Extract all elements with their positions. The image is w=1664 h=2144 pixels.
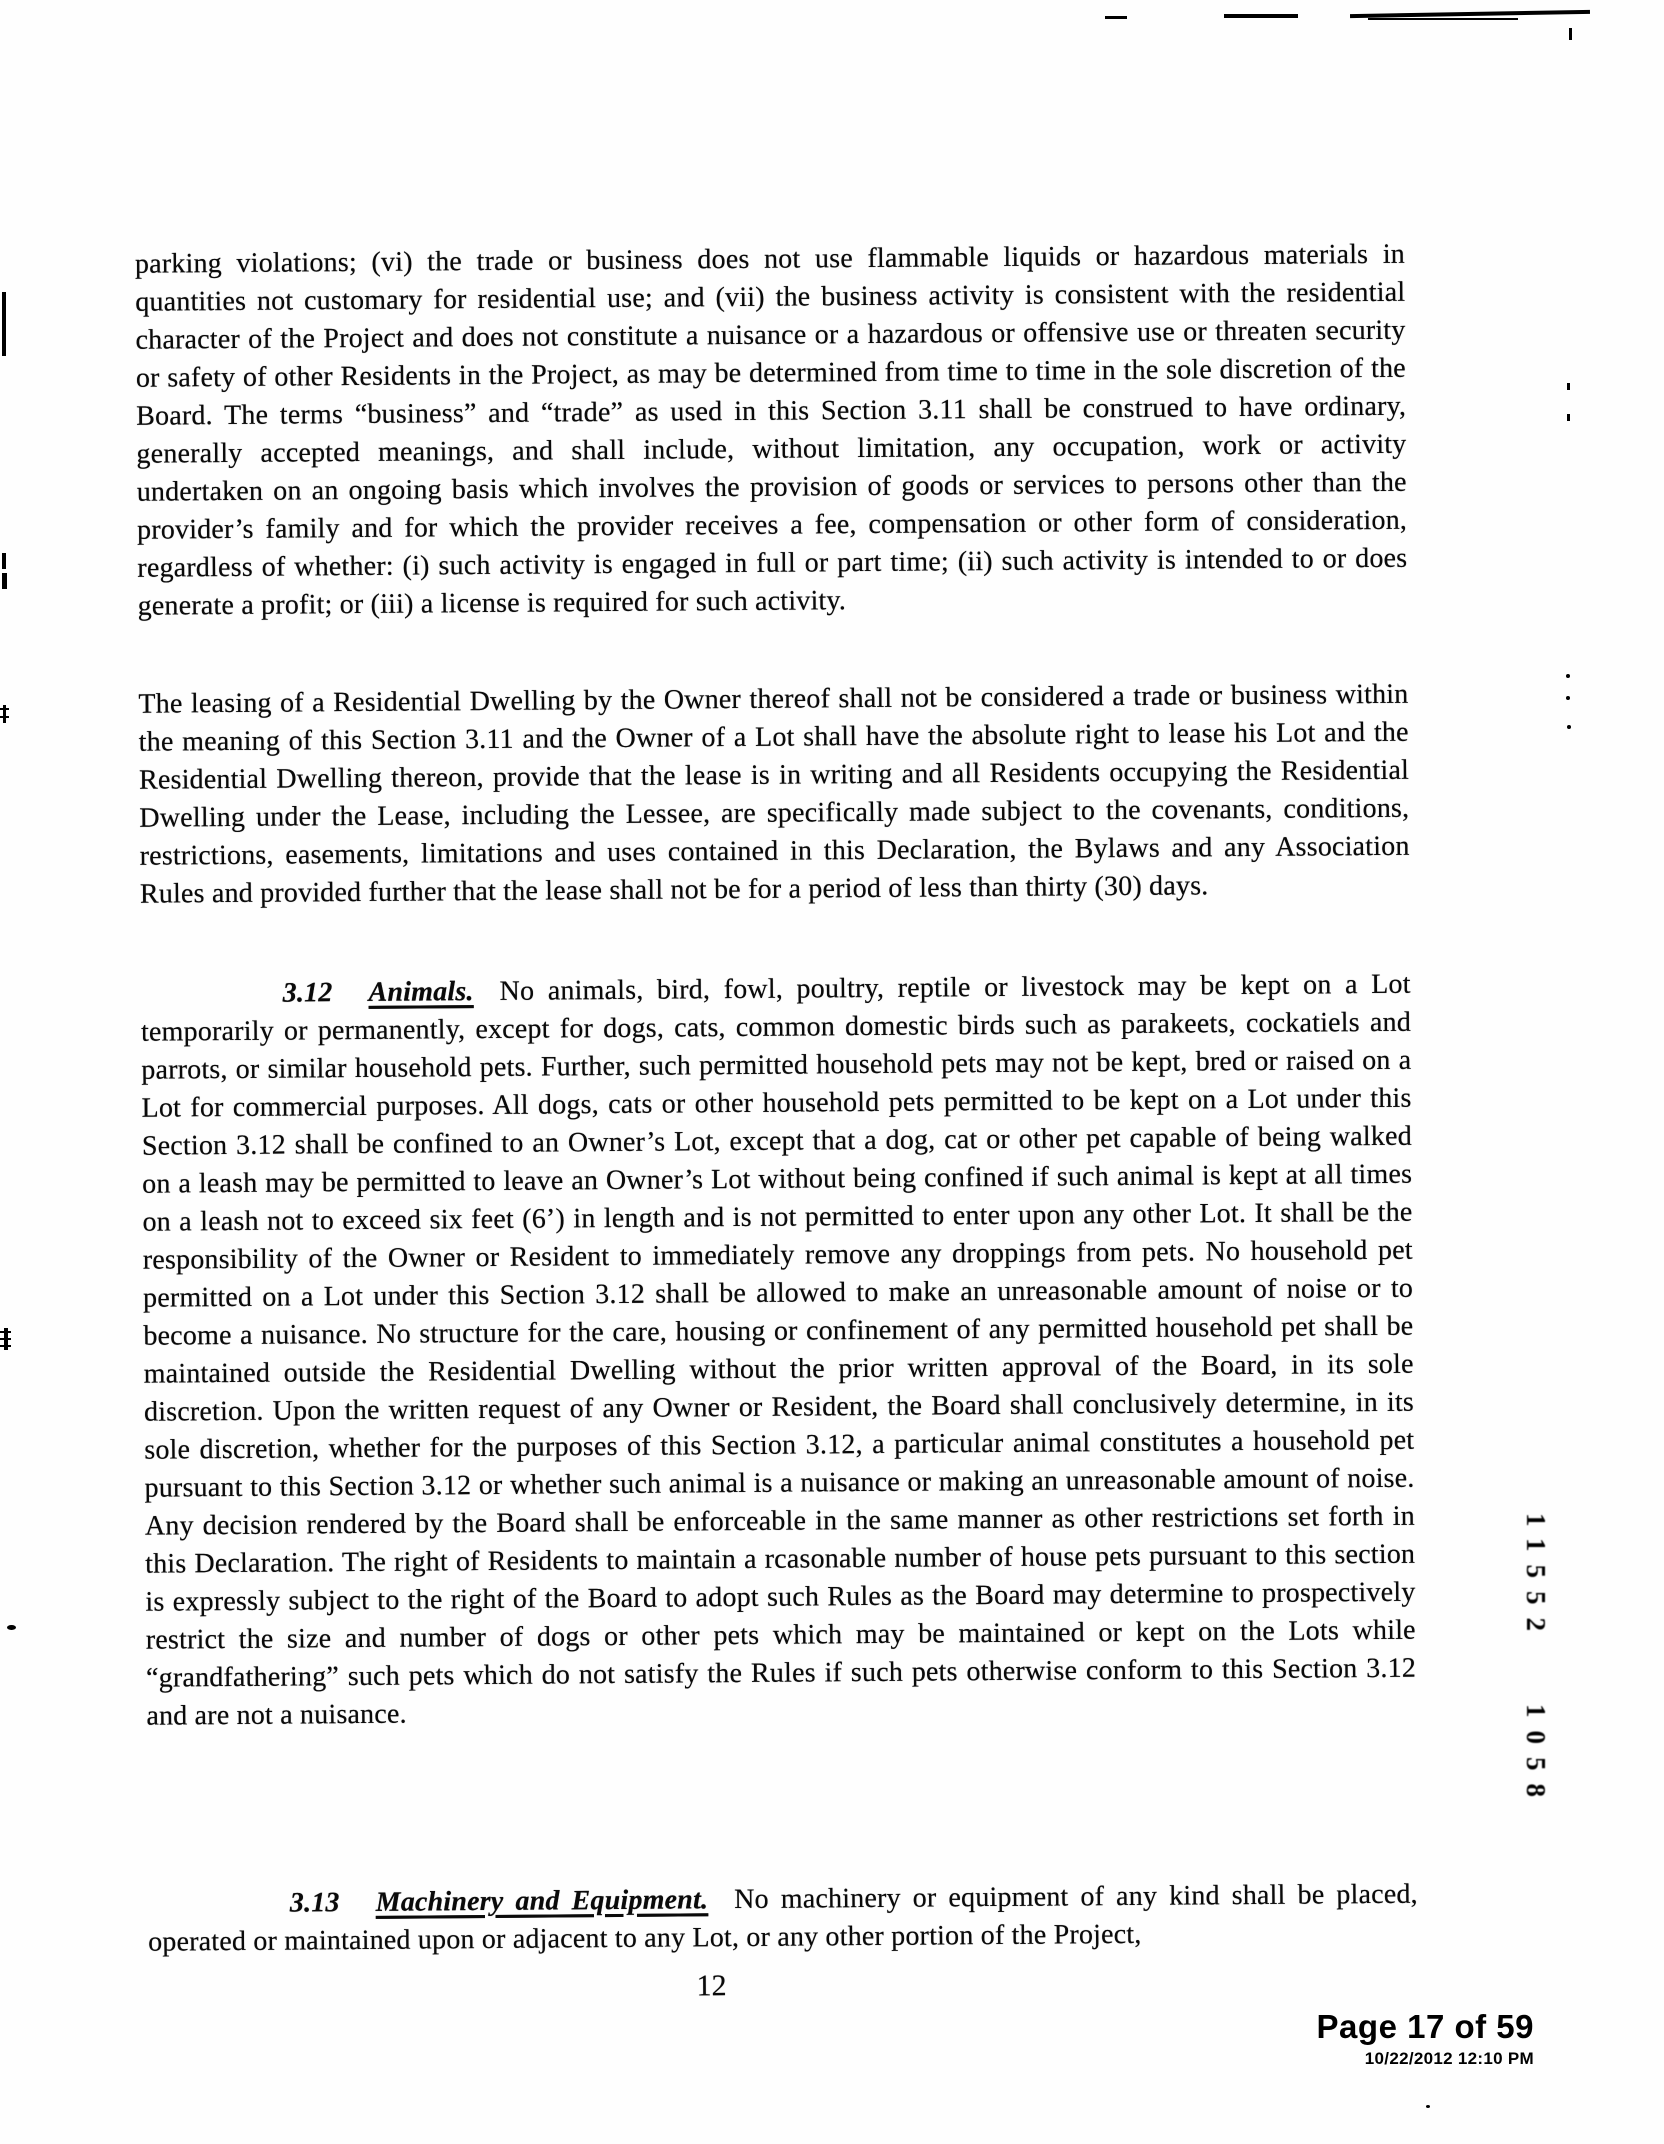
section-3-13-paragraph: 3.13Machinery and Equipment.No machinery… [148, 1876, 1419, 1962]
footer: Page 17 of 59 10/22/2012 12:10 PM [1317, 2008, 1534, 2069]
paragraph-text: No animals, bird, fowl, poultry, reptile… [141, 969, 1416, 1732]
body-paragraph-leasing: The leasing of a Residential Dwelling by… [138, 676, 1410, 914]
section-title: Machinery and Equipment. [376, 1884, 709, 1918]
page-number: 12 [696, 1969, 726, 2003]
footer-page-label: Page 17 of 59 [1317, 2008, 1534, 2046]
footer-timestamp: 10/22/2012 12:10 PM [1317, 2049, 1534, 2069]
section-3-12-paragraph: 3.12Animals.No animals, bird, fowl, poul… [141, 966, 1417, 1736]
scanned-document-page: 11552 1058 parking violations; (vi) the … [0, 0, 1664, 2144]
section-title: Animals. [368, 976, 473, 1008]
section-number: 3.12 [283, 977, 333, 1008]
document-body: parking violations; (vi) the trade or bu… [0, 0, 1664, 2144]
body-paragraph-continuation: parking violations; (vi) the trade or bu… [135, 236, 1408, 626]
paragraph-text: The leasing of a Residential Dwelling by… [138, 679, 1409, 910]
section-number: 3.13 [290, 1887, 340, 1918]
paragraph-text: parking violations; (vi) the trade or bu… [135, 239, 1408, 622]
